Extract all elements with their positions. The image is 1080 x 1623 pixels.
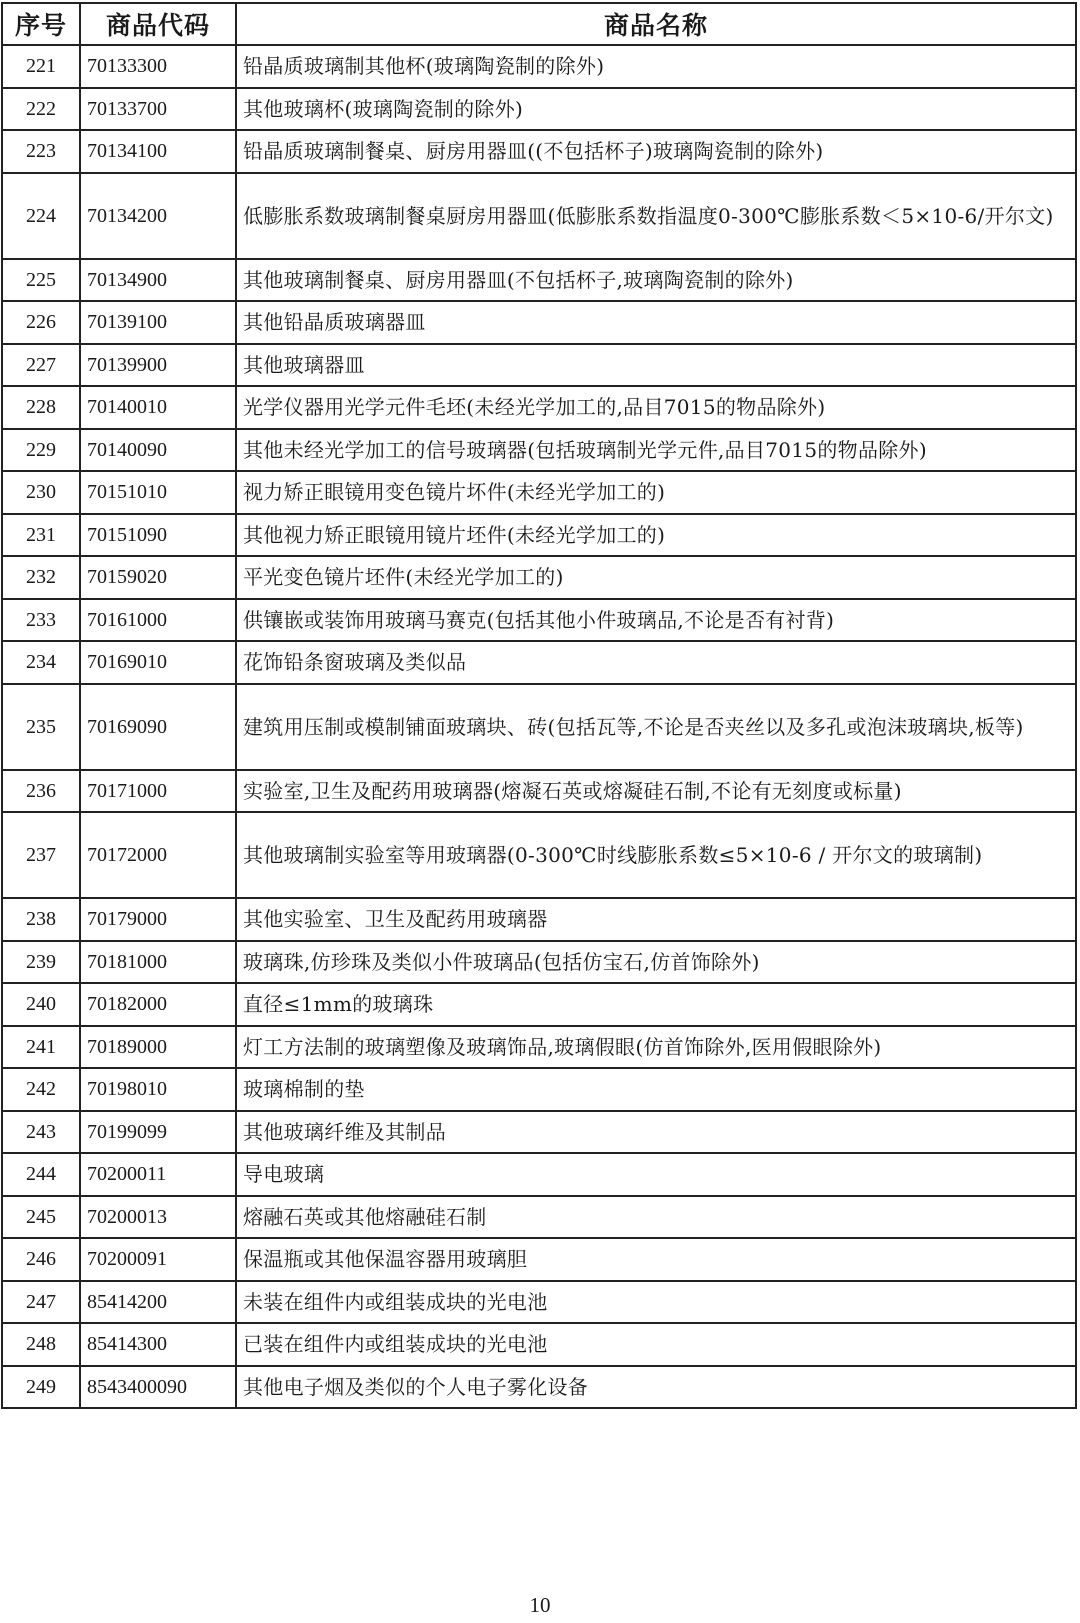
serial-number-cell: 221 (2, 45, 80, 88)
serial-number-cell: 227 (2, 344, 80, 387)
serial-number-cell: 243 (2, 1111, 80, 1154)
table-row: 24270198010玻璃棉制的垫 (2, 1068, 1076, 1111)
goods-name-cell: 低膨胀系数玻璃制餐桌厨房用器皿(低膨胀系数指温度0-300℃膨胀系数＜5×10-… (236, 173, 1076, 259)
serial-number-cell: 225 (2, 259, 80, 302)
serial-number-cell: 223 (2, 130, 80, 173)
serial-number-cell: 242 (2, 1068, 80, 1111)
serial-number-cell: 237 (2, 812, 80, 898)
goods-name-cell: 灯工方法制的玻璃塑像及玻璃饰品,玻璃假眼(仿首饰除外,医用假眼除外) (236, 1026, 1076, 1069)
goods-code-cell: 70172000 (80, 812, 236, 898)
serial-number-cell: 233 (2, 599, 80, 642)
serial-number-cell: 236 (2, 770, 80, 813)
table-row: 23670171000实验室,卫生及配药用玻璃器(熔凝石英或熔凝硅石制,不论有无… (2, 770, 1076, 813)
goods-code-cell: 70151010 (80, 471, 236, 514)
goods-name-cell: 平光变色镜片坯件(未经光学加工的) (236, 556, 1076, 599)
serial-number-cell: 228 (2, 386, 80, 429)
goods-name-cell: 建筑用压制或模制铺面玻璃块、砖(包括瓦等,不论是否夹丝以及多孔或泡沫玻璃块,板等… (236, 684, 1076, 770)
goods-code-cell: 70181000 (80, 941, 236, 984)
goods-code-cell: 70133700 (80, 88, 236, 131)
serial-number-cell: 232 (2, 556, 80, 599)
table-row: 23770172000其他玻璃制实验室等用玻璃器(0-300℃时线膨胀系数≤5×… (2, 812, 1076, 898)
goods-name-cell: 其他未经光学加工的信号玻璃器(包括玻璃制光学元件,品目7015的物品除外) (236, 429, 1076, 472)
goods-code-cell: 70134200 (80, 173, 236, 259)
goods-code-cell: 70139900 (80, 344, 236, 387)
goods-name-cell: 其他铅晶质玻璃器皿 (236, 301, 1076, 344)
serial-number-cell: 238 (2, 898, 80, 941)
serial-number-cell: 234 (2, 641, 80, 684)
table-row: 22870140010光学仪器用光学元件毛坯(未经光学加工的,品目7015的物品… (2, 386, 1076, 429)
goods-name-cell: 实验室,卫生及配药用玻璃器(熔凝石英或熔凝硅石制,不论有无刻度或标量) (236, 770, 1076, 813)
goods-name-cell: 光学仪器用光学元件毛坯(未经光学加工的,品目7015的物品除外) (236, 386, 1076, 429)
table-row: 24470200011导电玻璃 (2, 1153, 1076, 1196)
goods-code-cell: 8543400090 (80, 1366, 236, 1409)
table-row: 24785414200未装在组件内或组装成块的光电池 (2, 1281, 1076, 1324)
goods-code-cell: 70182000 (80, 983, 236, 1026)
table-row: 24670200091保温瓶或其他保温容器用玻璃胆 (2, 1238, 1076, 1281)
goods-code-cell: 70140090 (80, 429, 236, 472)
serial-number-cell: 240 (2, 983, 80, 1026)
header-goods-name: 商品名称 (236, 3, 1076, 45)
goods-name-cell: 导电玻璃 (236, 1153, 1076, 1196)
table-row: 24170189000灯工方法制的玻璃塑像及玻璃饰品,玻璃假眼(仿首饰除外,医用… (2, 1026, 1076, 1069)
table-row: 22470134200低膨胀系数玻璃制餐桌厨房用器皿(低膨胀系数指温度0-300… (2, 173, 1076, 259)
table-row: 24070182000直径≤1mm的玻璃珠 (2, 983, 1076, 1026)
serial-number-cell: 249 (2, 1366, 80, 1409)
table-row: 22670139100其他铅晶质玻璃器皿 (2, 301, 1076, 344)
serial-number-cell: 235 (2, 684, 80, 770)
serial-number-cell: 246 (2, 1238, 80, 1281)
goods-code-cell: 70198010 (80, 1068, 236, 1111)
goods-code-cell: 70169090 (80, 684, 236, 770)
table-row: 22170133300铅晶质玻璃制其他杯(玻璃陶瓷制的除外) (2, 45, 1076, 88)
goods-code-cell: 70200013 (80, 1196, 236, 1239)
goods-code-cell: 70200011 (80, 1153, 236, 1196)
goods-code-cell: 70139100 (80, 301, 236, 344)
goods-code-cell: 85414200 (80, 1281, 236, 1324)
goods-name-cell: 直径≤1mm的玻璃珠 (236, 983, 1076, 1026)
serial-number-cell: 241 (2, 1026, 80, 1069)
page-number: 10 (0, 1593, 1080, 1618)
goods-code-cell: 70134900 (80, 259, 236, 302)
header-goods-code: 商品代码 (80, 3, 236, 45)
serial-number-cell: 229 (2, 429, 80, 472)
table-row: 2498543400090其他电子烟及类似的个人电子雾化设备 (2, 1366, 1076, 1409)
goods-name-cell: 玻璃珠,仿珍珠及类似小件玻璃品(包括仿宝石,仿首饰除外) (236, 941, 1076, 984)
goods-code-cell: 70140010 (80, 386, 236, 429)
goods-name-cell: 其他玻璃器皿 (236, 344, 1076, 387)
serial-number-cell: 230 (2, 471, 80, 514)
serial-number-cell: 224 (2, 173, 80, 259)
table-row: 23270159020平光变色镜片坯件(未经光学加工的) (2, 556, 1076, 599)
goods-code-cell: 70199099 (80, 1111, 236, 1154)
table-row: 22770139900其他玻璃器皿 (2, 344, 1076, 387)
goods-code-cell: 85414300 (80, 1323, 236, 1366)
serial-number-cell: 226 (2, 301, 80, 344)
goods-name-cell: 保温瓶或其他保温容器用玻璃胆 (236, 1238, 1076, 1281)
table-row: 23470169010花饰铅条窗玻璃及类似品 (2, 641, 1076, 684)
table-row: 24570200013熔融石英或其他熔融硅石制 (2, 1196, 1076, 1239)
table-row: 22570134900其他玻璃制餐桌、厨房用器皿(不包括杯子,玻璃陶瓷制的除外) (2, 259, 1076, 302)
table-row: 24370199099其他玻璃纤维及其制品 (2, 1111, 1076, 1154)
serial-number-cell: 247 (2, 1281, 80, 1324)
goods-code-cell: 70134100 (80, 130, 236, 173)
serial-number-cell: 231 (2, 514, 80, 557)
goods-code-cell: 70151090 (80, 514, 236, 557)
goods-name-cell: 其他玻璃制实验室等用玻璃器(0-300℃时线膨胀系数≤5×10-6 / 开尔文的… (236, 812, 1076, 898)
goods-name-cell: 其他电子烟及类似的个人电子雾化设备 (236, 1366, 1076, 1409)
goods-name-cell: 供镶嵌或装饰用玻璃马赛克(包括其他小件玻璃品,不论是否有衬背) (236, 599, 1076, 642)
table-row: 23370161000供镶嵌或装饰用玻璃马赛克(包括其他小件玻璃品,不论是否有衬… (2, 599, 1076, 642)
table-row: 22370134100铅晶质玻璃制餐桌、厨房用器皿((不包括杯子)玻璃陶瓷制的除… (2, 130, 1076, 173)
serial-number-cell: 245 (2, 1196, 80, 1239)
goods-name-cell: 玻璃棉制的垫 (236, 1068, 1076, 1111)
goods-name-cell: 未装在组件内或组装成块的光电池 (236, 1281, 1076, 1324)
goods-name-cell: 铅晶质玻璃制其他杯(玻璃陶瓷制的除外) (236, 45, 1076, 88)
goods-code-cell: 70133300 (80, 45, 236, 88)
table-row: 23170151090其他视力矫正眼镜用镜片坯件(未经光学加工的) (2, 514, 1076, 557)
goods-name-cell: 熔融石英或其他熔融硅石制 (236, 1196, 1076, 1239)
goods-code-cell: 70171000 (80, 770, 236, 813)
goods-code-cell: 70169010 (80, 641, 236, 684)
goods-name-cell: 其他视力矫正眼镜用镜片坯件(未经光学加工的) (236, 514, 1076, 557)
table-row: 22970140090其他未经光学加工的信号玻璃器(包括玻璃制光学元件,品目70… (2, 429, 1076, 472)
goods-name-cell: 已装在组件内或组装成块的光电池 (236, 1323, 1076, 1366)
table-row: 23570169090建筑用压制或模制铺面玻璃块、砖(包括瓦等,不论是否夹丝以及… (2, 684, 1076, 770)
serial-number-cell: 239 (2, 941, 80, 984)
table-row: 23070151010视力矫正眼镜用变色镜片坏件(未经光学加工的) (2, 471, 1076, 514)
goods-name-cell: 其他玻璃纤维及其制品 (236, 1111, 1076, 1154)
goods-name-cell: 花饰铅条窗玻璃及类似品 (236, 641, 1076, 684)
goods-code-cell: 70189000 (80, 1026, 236, 1069)
goods-name-cell: 其他玻璃杯(玻璃陶瓷制的除外) (236, 88, 1076, 131)
goods-code-cell: 70200091 (80, 1238, 236, 1281)
serial-number-cell: 222 (2, 88, 80, 131)
goods-name-cell: 铅晶质玻璃制餐桌、厨房用器皿((不包括杯子)玻璃陶瓷制的除外) (236, 130, 1076, 173)
goods-name-cell: 视力矫正眼镜用变色镜片坏件(未经光学加工的) (236, 471, 1076, 514)
table-row: 22270133700其他玻璃杯(玻璃陶瓷制的除外) (2, 88, 1076, 131)
goods-name-cell: 其他实验室、卫生及配药用玻璃器 (236, 898, 1076, 941)
header-serial-number: 序号 (2, 3, 80, 45)
goods-code-cell: 70179000 (80, 898, 236, 941)
goods-name-cell: 其他玻璃制餐桌、厨房用器皿(不包括杯子,玻璃陶瓷制的除外) (236, 259, 1076, 302)
goods-code-cell: 70159020 (80, 556, 236, 599)
goods-table: 序号 商品代码 商品名称 22170133300铅晶质玻璃制其他杯(玻璃陶瓷制的… (1, 2, 1077, 1409)
table-row: 24885414300已装在组件内或组装成块的光电池 (2, 1323, 1076, 1366)
table-row: 23970181000玻璃珠,仿珍珠及类似小件玻璃品(包括仿宝石,仿首饰除外) (2, 941, 1076, 984)
goods-code-cell: 70161000 (80, 599, 236, 642)
serial-number-cell: 244 (2, 1153, 80, 1196)
table-row: 23870179000其他实验室、卫生及配药用玻璃器 (2, 898, 1076, 941)
table-header-row: 序号 商品代码 商品名称 (2, 3, 1076, 45)
serial-number-cell: 248 (2, 1323, 80, 1366)
